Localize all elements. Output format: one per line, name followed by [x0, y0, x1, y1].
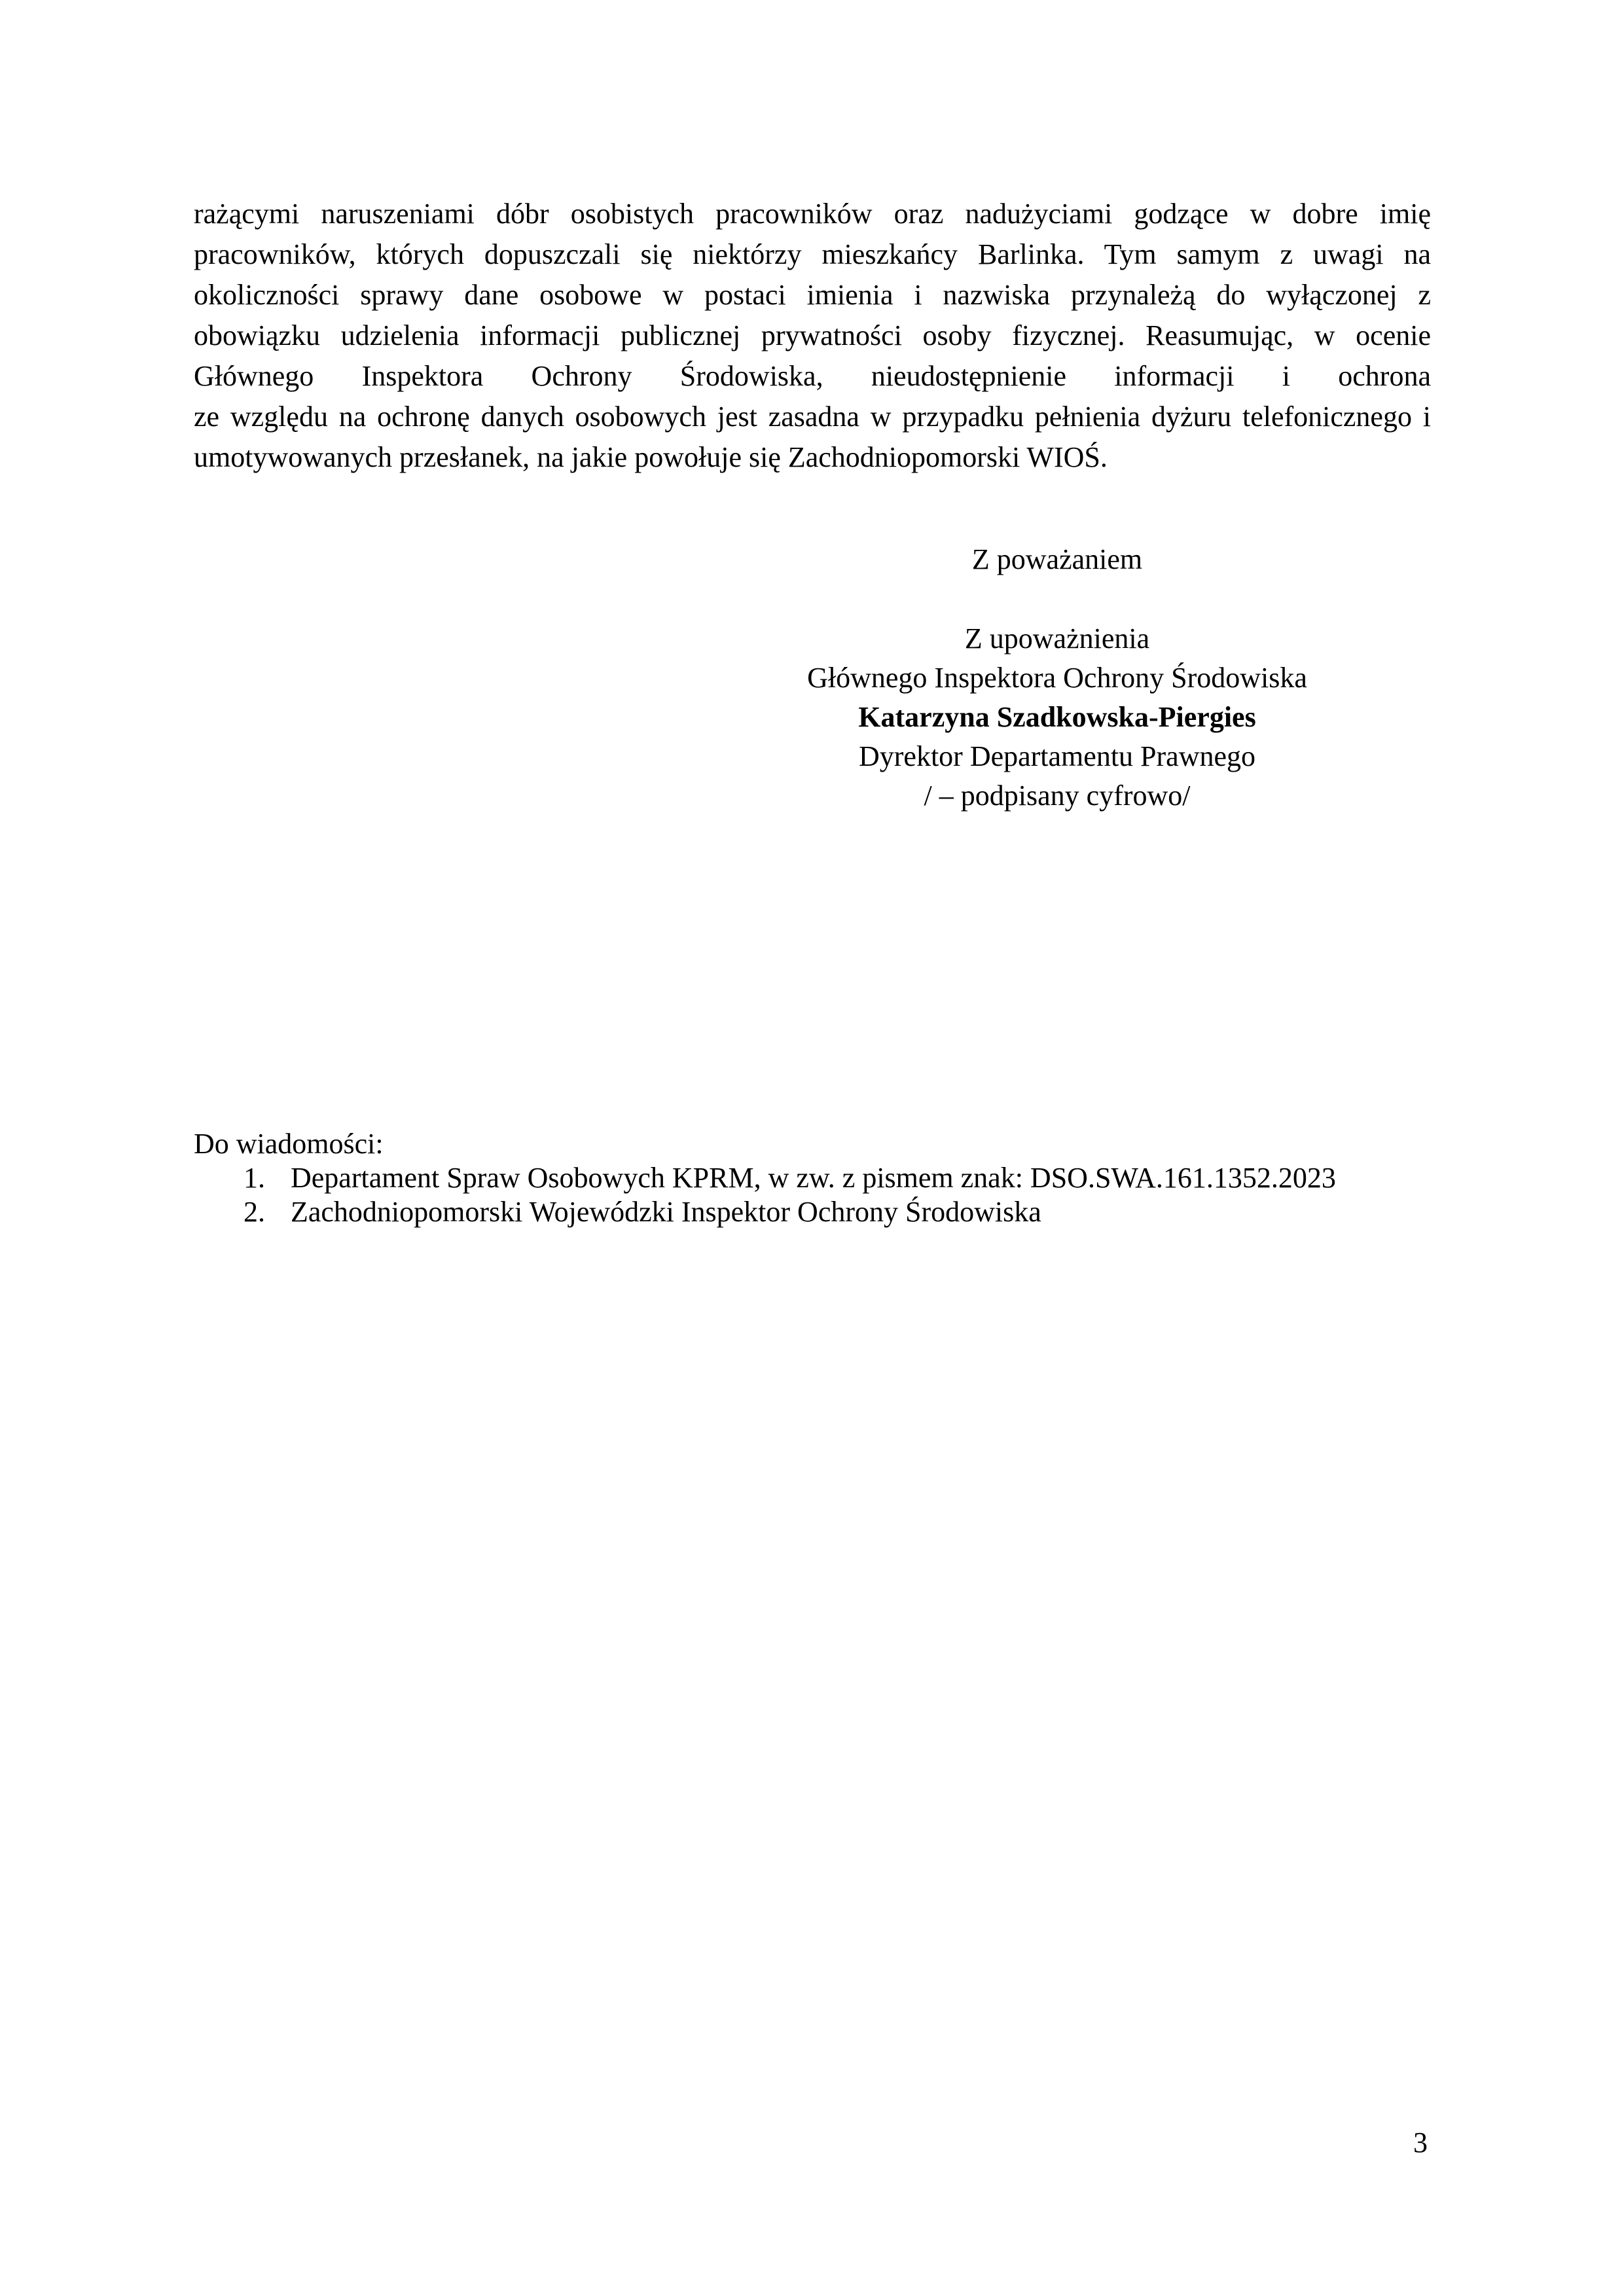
cc-item-number: 1. — [244, 1161, 265, 1195]
signature-block: Z upoważnienia Głównego Inspektora Ochro… — [772, 619, 1342, 816]
body-line: pracowników, których dopuszczali się nie… — [194, 234, 1431, 275]
signatory-name: Katarzyna Szadkowska-Piergies — [772, 698, 1342, 737]
cc-section: Do wiadomości: 1. Departament Spraw Osob… — [194, 1127, 1437, 1229]
body-line: rażącymi naruszeniami dóbr osobistych pr… — [194, 194, 1431, 234]
digital-signature-note: / – podpisany cyfrowo/ — [772, 776, 1342, 816]
signatory-title: Dyrektor Departamentu Prawnego — [772, 737, 1342, 776]
cc-item-number: 2. — [244, 1195, 265, 1229]
cc-list: 1. Departament Spraw Osobowych KPRM, w z… — [194, 1161, 1437, 1229]
body-line: umotywowanych przesłanek, na jakie powoł… — [194, 437, 1431, 478]
body-line: obowiązku udzielenia informacji publiczn… — [194, 315, 1431, 356]
page-number: 3 — [1407, 2126, 1434, 2160]
cc-list-item: 2. Zachodniopomorski Wojewódzki Inspekto… — [194, 1195, 1437, 1229]
body-paragraph: rażącymi naruszeniami dóbr osobistych pr… — [194, 194, 1431, 478]
cc-heading: Do wiadomości: — [194, 1127, 1437, 1161]
cc-item-text: Zachodniopomorski Wojewódzki Inspektor O… — [291, 1196, 1041, 1228]
closing-greeting: Z poważaniem — [772, 539, 1342, 580]
document-page: rażącymi naruszeniami dóbr osobistych pr… — [0, 0, 1624, 2296]
body-line: Głównego Inspektora Ochrony Środowiska, … — [194, 356, 1431, 397]
body-line: ze względu na ochronę danych osobowych j… — [194, 397, 1431, 437]
body-line: okoliczności sprawy dane osobowe w posta… — [194, 275, 1431, 315]
signature-on-behalf-of: Głównego Inspektora Ochrony Środowiska — [772, 658, 1342, 698]
cc-list-item: 1. Departament Spraw Osobowych KPRM, w z… — [194, 1161, 1437, 1195]
signature-authorization: Z upoważnienia — [772, 619, 1342, 658]
cc-item-text: Departament Spraw Osobowych KPRM, w zw. … — [291, 1162, 1336, 1194]
